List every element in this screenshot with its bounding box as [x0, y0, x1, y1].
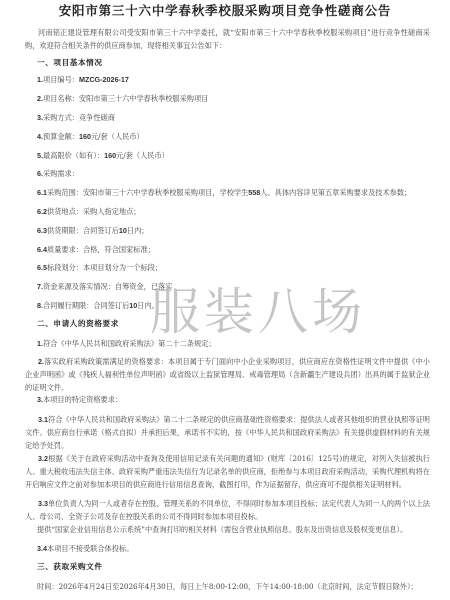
section-heading-obtain-documents: 三、获取采购文件	[37, 561, 103, 572]
obtain-documents-time: 时间：2026年4月24日至2026年4月30日，每日上午8:00-12:00，…	[37, 580, 442, 593]
item-delivery-period: 6.3供货期限：合同签订后10日内；	[37, 224, 442, 237]
qualification-item-3-1: 3.1符合《中华人民共和国政府采购法》第二十二条规定的供应商基础性资格要求：提供…	[25, 413, 430, 453]
section-heading-qualifications: 二、申请人的资格要求	[37, 318, 119, 329]
qualification-item-3-3: 3.3单位负责人为同一人或者存在控股、管理关系的不同单位，不得同时参加本项目投标…	[25, 497, 430, 523]
qualification-item-3-4: 3.4本项目不接受联合体投标。	[37, 542, 442, 555]
item-max-price: 5.最高限价（如有）：160元/套（人民币）	[37, 149, 442, 162]
section-heading-basic-info: 一、项目基本情况	[37, 57, 103, 68]
item-requirements: 6.采购需求：	[37, 167, 442, 180]
item-project-number: 1.项目编号：MZCG-2026-17	[37, 73, 442, 86]
item-procurement-method: 3.采购方式：竞争性磋商	[37, 111, 442, 124]
qualification-item-3-3-note: 提供“国家企业信用信息公示系统”中查询打印的相关材料（需包含营业执照信息、股东及…	[37, 523, 442, 536]
qualification-item-2: 2.落实政府采购政策需满足的资格要求：本项目属于专门面向中小企业采购项目，供应商…	[25, 355, 430, 395]
qualification-item-3-2: 3.2根据《关于在政府采购活动中查询及使用信用记录有关问题的通知》(财库〔201…	[25, 452, 430, 492]
watermark-text: 服装八场	[150, 272, 366, 344]
item-project-name: 2.项目名称：安阳市第三十六中学春秋季校服采购项目	[37, 92, 442, 105]
item-scope: 6.1采购范围：安阳市第三十六中学春秋季校服采购项目，学校学生558人。具体内容…	[37, 186, 442, 199]
item-delivery-location: 6.2供货地点：采购人指定地点；	[37, 205, 442, 218]
item-budget: 4.预算金额：160元/套（人民币）	[37, 130, 442, 143]
item-quality: 6.4质量要求：合格，符合国家标准；	[37, 243, 442, 256]
qualification-item-3: 3.本项目的特定资格要求：	[37, 393, 442, 406]
page-title: 安阳市第三十六中学春秋季校服采购项目竞争性磋商公告	[0, 1, 450, 19]
intro-paragraph: 河南铭正建设管理有限公司受安阳市第三十六中学委托，就“安阳市第三十六中学春秋季校…	[25, 26, 430, 52]
